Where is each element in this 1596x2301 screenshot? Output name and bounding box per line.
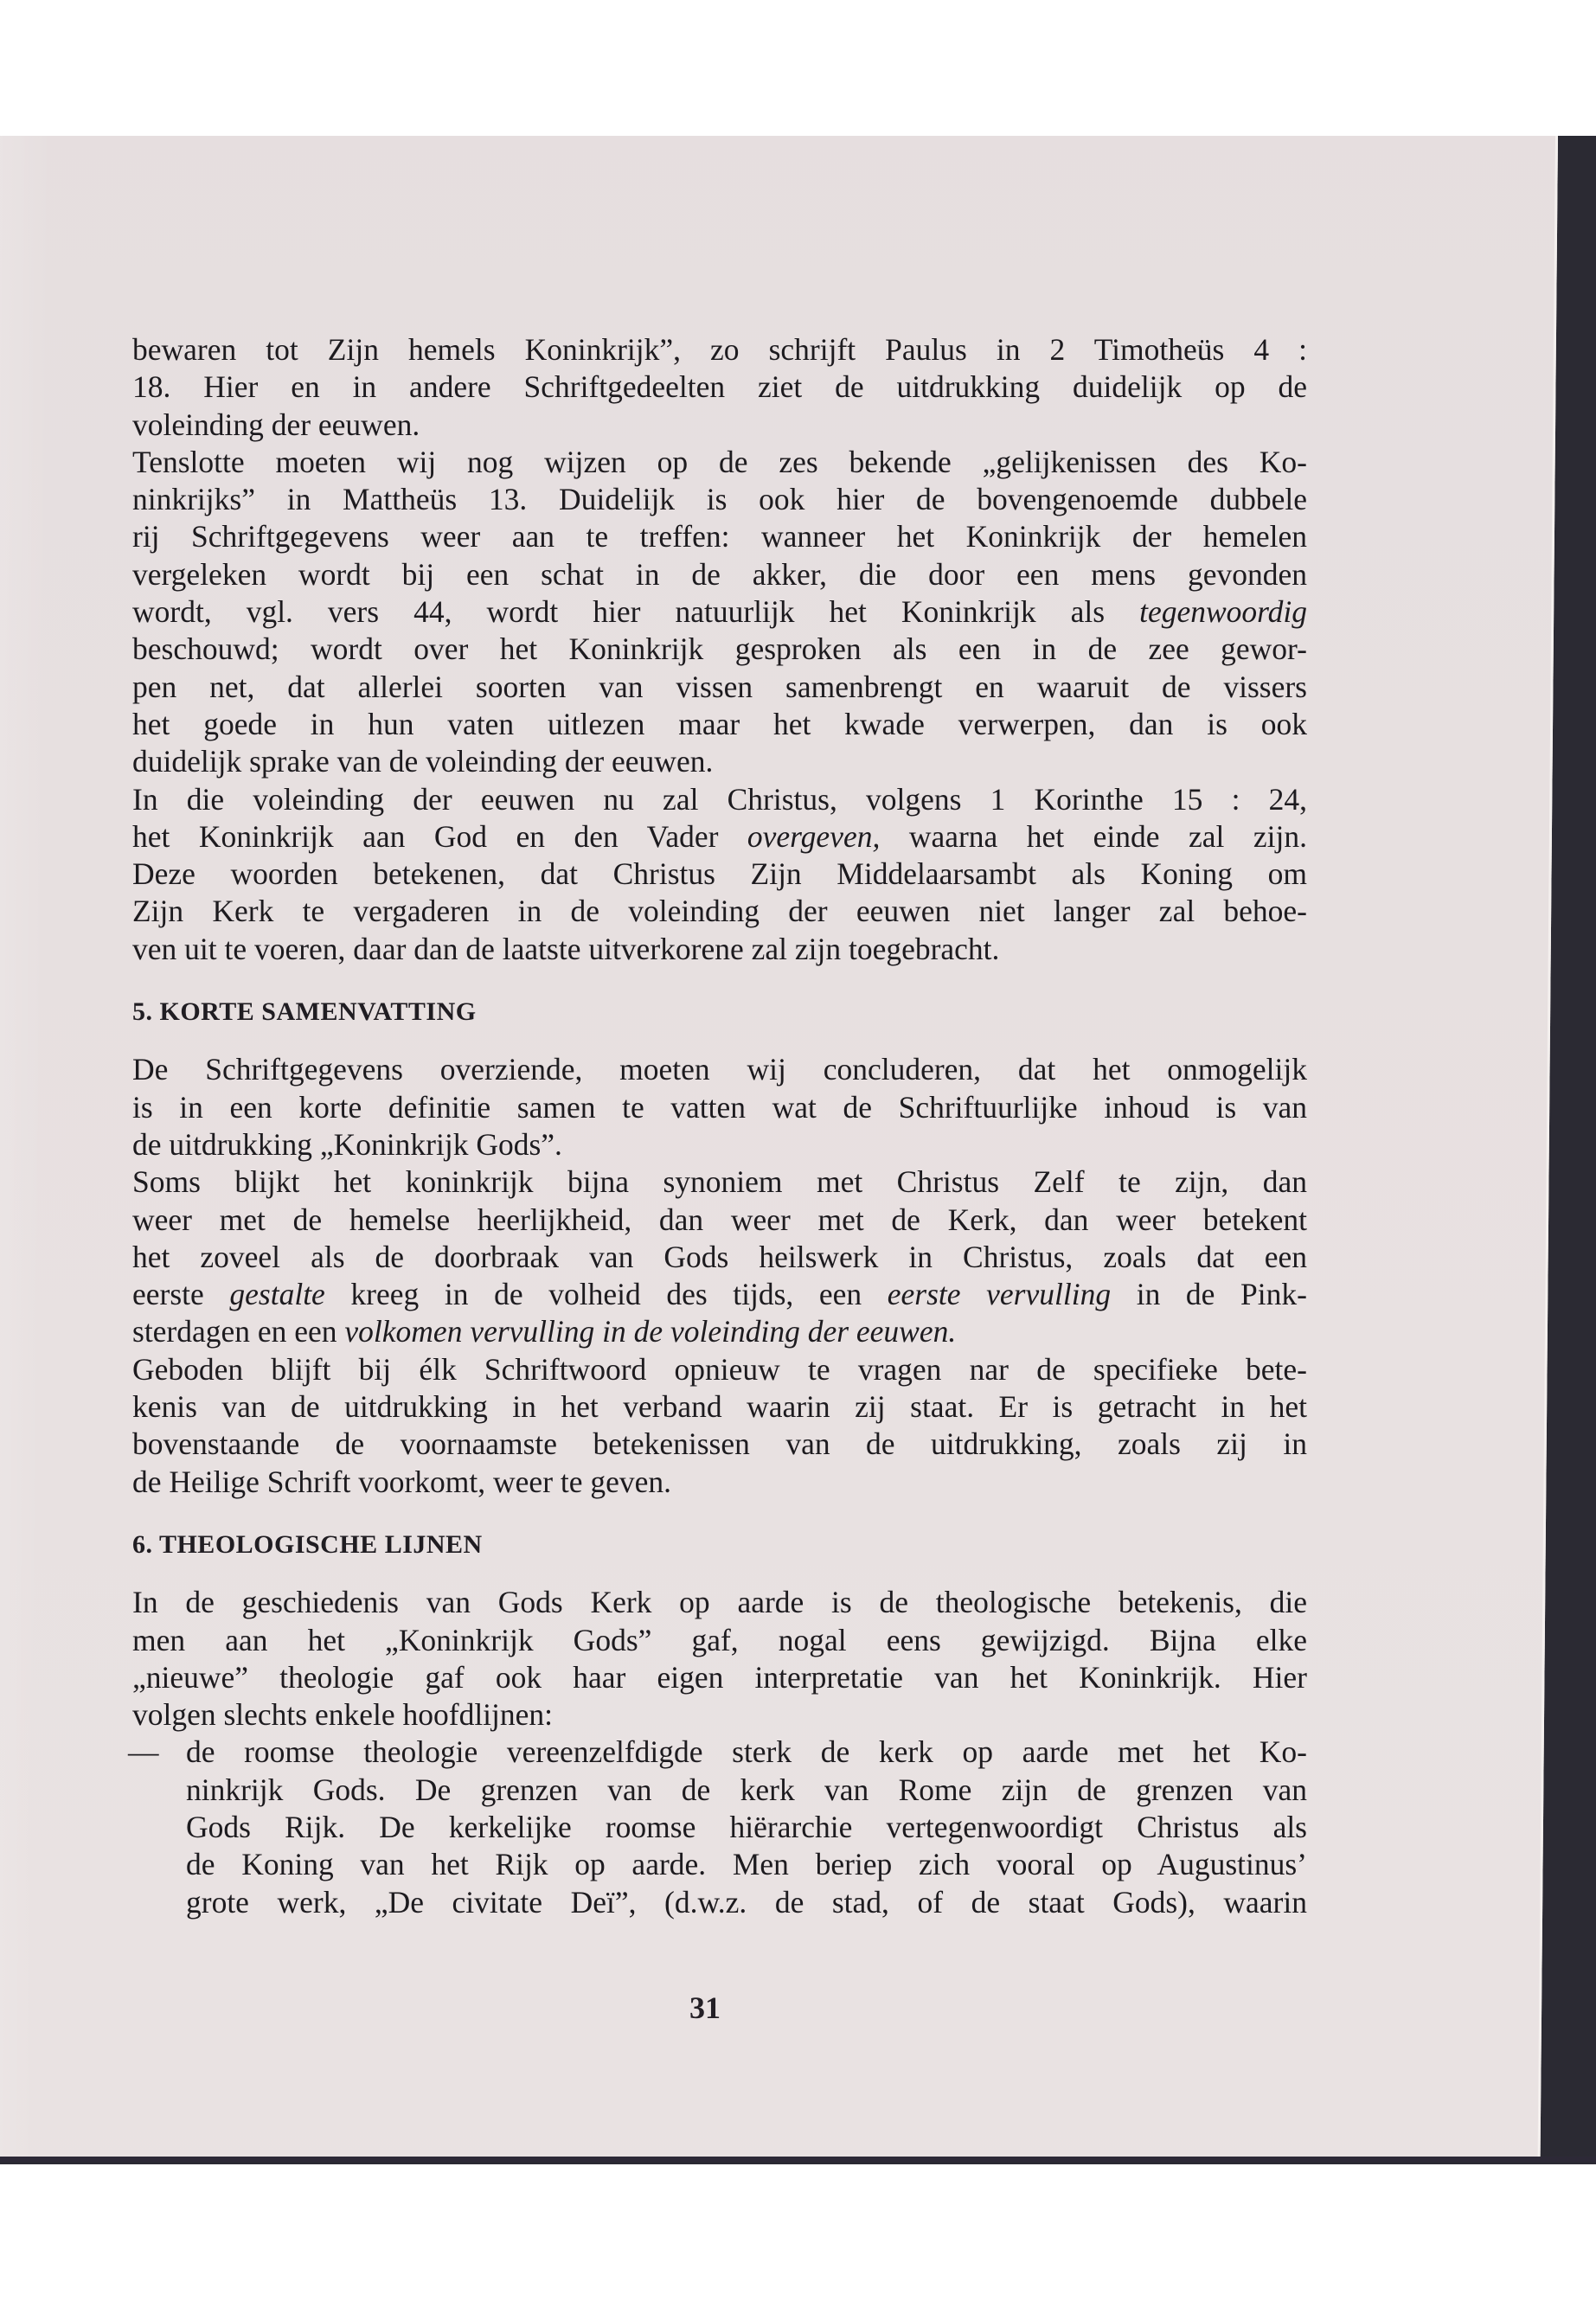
text-run: voleinding der eeuwen. — [132, 407, 420, 442]
text-run: beschouwd; wordt over het Koninkrijk ges… — [132, 631, 1307, 666]
text-run: het zoveel als de doorbraak van Gods hei… — [132, 1240, 1307, 1274]
paragraph: Soms blijkt het koninkrijk bijna synonie… — [132, 1163, 1307, 1350]
paragraph: Geboden blijft bij élk Schriftwoord opni… — [132, 1351, 1307, 1501]
text-line: weer met de hemelse heerlijkheid, dan we… — [132, 1202, 1307, 1239]
text-run: waarna het einde zal zijn. — [880, 819, 1307, 854]
text-line: duidelijk sprake van de voleinding der e… — [132, 743, 1307, 780]
text-run: pen net, dat allerlei soorten van vissen… — [132, 670, 1307, 704]
text-line: men aan het „Koninkrijk Gods” gaf, nogal… — [132, 1622, 1307, 1659]
text-line: „nieuwe” theologie gaf ook haar eigen in… — [132, 1659, 1307, 1696]
text-line: is in een korte definitie samen te vatte… — [132, 1089, 1307, 1126]
text-run: kreeg in de volheid des tijds, een — [325, 1277, 888, 1311]
text-line: ninkrijks” in Mattheüs 13. Duidelijk is … — [132, 481, 1307, 518]
text-run: weer met de hemelse heerlijkheid, dan we… — [132, 1202, 1307, 1237]
text-line: het goede in hun vaten uitlezen maar het… — [132, 706, 1307, 743]
text-line: de Heilige Schrift voorkomt, weer te gev… — [132, 1464, 1307, 1501]
page-body: bewaren tot Zijn hemels Koninkrijk”, zo … — [132, 331, 1307, 1921]
text-run: rij Schriftgegevens weer aan te treffen:… — [132, 519, 1307, 554]
text-run: in de Pink- — [1111, 1277, 1307, 1311]
text-line: Zijn Kerk te vergaderen in de voleinding… — [132, 893, 1307, 930]
text-run: In de geschiedenis van Gods Kerk op aard… — [132, 1585, 1307, 1619]
text-line: vergeleken wordt bij een schat in de akk… — [132, 556, 1307, 593]
text-line: beschouwd; wordt over het Koninkrijk ges… — [132, 631, 1307, 668]
text-line: eerste gestalte kreeg in de volheid des … — [132, 1276, 1307, 1313]
text-run: bewaren tot Zijn hemels Koninkrijk”, zo … — [132, 332, 1307, 367]
text-line: pen net, dat allerlei soorten van vissen… — [132, 669, 1307, 706]
text-line: de uitdrukking „Koninkrijk Gods”. — [132, 1126, 1307, 1163]
text-line: volgen slechts enkele hoofdlijnen: — [132, 1696, 1307, 1734]
text-line: de roomse theologie vereenzelfdigde ster… — [186, 1734, 1307, 1771]
italic-run: tegenwoordig — [1139, 594, 1307, 629]
page-number: 31 — [689, 1990, 721, 2026]
text-run: de roomse theologie vereenzelfdigde ster… — [186, 1734, 1307, 1769]
text-run: Tenslotte moeten wij nog wijzen op de ze… — [132, 445, 1307, 479]
text-run: 18. Hier en in andere Schriftgedeelten z… — [132, 369, 1307, 404]
text-line: kenis van de uitdrukking in het verband … — [132, 1388, 1307, 1426]
text-run: wordt, vgl. vers 44, wordt hier natuurli… — [132, 594, 1139, 629]
list-item: —de roomse theologie vereenzelfdigde ste… — [132, 1734, 1307, 1920]
text-run: duidelijk sprake van de voleinding der e… — [132, 744, 713, 779]
text-run: het goede in hun vaten uitlezen maar het… — [132, 707, 1307, 741]
italic-run: volkomen vervulling in de voleinding der… — [344, 1314, 956, 1349]
text-run: is in een korte definitie samen te vatte… — [132, 1090, 1307, 1125]
paragraph: Tenslotte moeten wij nog wijzen op de ze… — [132, 444, 1307, 781]
text-run: Soms blijkt het koninkrijk bijna synonie… — [132, 1164, 1307, 1199]
paragraph: In de geschiedenis van Gods Kerk op aard… — [132, 1584, 1307, 1734]
page-bottom-edge — [0, 2157, 1596, 2162]
text-line: bovenstaande de voornaamste betekenissen… — [132, 1426, 1307, 1463]
section-heading: 5. KORTE SAMENVATTING — [132, 993, 1307, 1030]
text-line: In die voleinding der eeuwen nu zal Chri… — [132, 781, 1307, 818]
text-run: ven uit te voeren, daar dan de laatste u… — [132, 932, 999, 966]
text-line: Deze woorden betekenen, dat Christus Zij… — [132, 856, 1307, 893]
text-run: bovenstaande de voornaamste betekenissen… — [132, 1426, 1307, 1461]
text-line: 18. Hier en in andere Schriftgedeelten z… — [132, 369, 1307, 406]
italic-run: gestalte — [229, 1277, 324, 1311]
text-line: De Schriftgegevens overziende, moeten wi… — [132, 1051, 1307, 1088]
text-run: Geboden blijft bij élk Schriftwoord opni… — [132, 1352, 1307, 1387]
text-line: wordt, vgl. vers 44, wordt hier natuurli… — [132, 593, 1307, 631]
text-run: Zijn Kerk te vergaderen in de voleinding… — [132, 894, 1307, 928]
text-line: Gods Rijk. De kerkelijke roomse hiërarch… — [186, 1809, 1307, 1846]
text-run: kenis van de uitdrukking in het verband … — [132, 1389, 1307, 1424]
text-run: grote werk, „De civitate Deï”, (d.w.z. d… — [186, 1885, 1307, 1920]
text-line: het Koninkrijk aan God en den Vader over… — [132, 818, 1307, 856]
text-line: Soms blijkt het koninkrijk bijna synonie… — [132, 1163, 1307, 1201]
text-run: het Koninkrijk aan God en den Vader — [132, 819, 747, 854]
text-run: ninkrijk Gods. De grenzen van de kerk va… — [186, 1772, 1307, 1807]
text-run: sterdagen en een — [132, 1314, 344, 1349]
text-run: Deze woorden betekenen, dat Christus Zij… — [132, 856, 1307, 891]
text-run: de Koning van het Rijk op aarde. Men ber… — [186, 1847, 1307, 1881]
text-run: ninkrijks” in Mattheüs 13. Duidelijk is … — [132, 482, 1307, 516]
italic-run: eerste vervulling — [888, 1277, 1111, 1311]
text-run: De Schriftgegevens overziende, moeten wi… — [132, 1052, 1307, 1086]
text-run: volgen slechts enkele hoofdlijnen: — [132, 1697, 553, 1732]
text-line: Tenslotte moeten wij nog wijzen op de ze… — [132, 444, 1307, 481]
text-line: bewaren tot Zijn hemels Koninkrijk”, zo … — [132, 331, 1307, 369]
paragraph: bewaren tot Zijn hemels Koninkrijk”, zo … — [132, 331, 1307, 444]
text-line: het zoveel als de doorbraak van Gods hei… — [132, 1239, 1307, 1276]
text-run: In die voleinding der eeuwen nu zal Chri… — [132, 782, 1307, 817]
text-line: In de geschiedenis van Gods Kerk op aard… — [132, 1584, 1307, 1621]
text-line: grote werk, „De civitate Deï”, (d.w.z. d… — [186, 1884, 1307, 1921]
text-run: de uitdrukking „Koninkrijk Gods”. — [132, 1127, 562, 1162]
text-run: men aan het „Koninkrijk Gods” gaf, nogal… — [132, 1623, 1307, 1657]
text-line: voleinding der eeuwen. — [132, 407, 1307, 444]
paragraph: De Schriftgegevens overziende, moeten wi… — [132, 1051, 1307, 1163]
italic-run: overgeven, — [747, 819, 880, 854]
text-run: eerste — [132, 1277, 229, 1311]
list-dash-marker: — — [128, 1734, 159, 1771]
text-run: „nieuwe” theologie gaf ook haar eigen in… — [132, 1660, 1307, 1695]
text-line: ninkrijk Gods. De grenzen van de kerk va… — [186, 1772, 1307, 1809]
text-line: rij Schriftgegevens weer aan te treffen:… — [132, 518, 1307, 555]
text-line: sterdagen en een volkomen vervulling in … — [132, 1313, 1307, 1350]
text-run: Gods Rijk. De kerkelijke roomse hiërarch… — [186, 1810, 1307, 1844]
text-run: de Heilige Schrift voorkomt, weer te gev… — [132, 1465, 671, 1499]
text-line: de Koning van het Rijk op aarde. Men ber… — [186, 1846, 1307, 1883]
section-heading: 6. THEOLOGISCHE LIJNEN — [132, 1526, 1307, 1563]
book-page: bewaren tot Zijn hemels Koninkrijk”, zo … — [0, 136, 1558, 2161]
text-line: Geboden blijft bij élk Schriftwoord opni… — [132, 1351, 1307, 1388]
text-line: ven uit te voeren, daar dan de laatste u… — [132, 931, 1307, 968]
paragraph: In die voleinding der eeuwen nu zal Chri… — [132, 781, 1307, 968]
text-run: vergeleken wordt bij een schat in de akk… — [132, 557, 1307, 592]
